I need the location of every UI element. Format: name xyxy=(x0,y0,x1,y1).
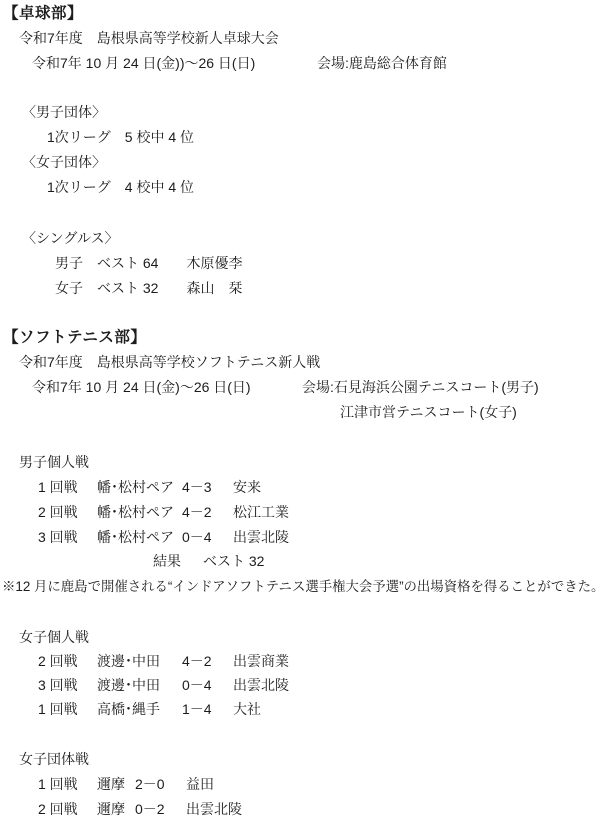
match-score: 0－4 xyxy=(182,678,212,693)
tt-womens-team-label: 〈女子団体〉 xyxy=(22,155,106,170)
st-date: 令和7年 10 月 24 日(金)～26 日(日) xyxy=(32,380,251,395)
st-womens-individual-title-line: 女子個人戦 xyxy=(0,630,611,650)
tt-mens-team-label-line: 〈男子団体〉 xyxy=(0,105,611,125)
match-row: 1 回戦 高橋･縄手 1－4 大社 xyxy=(0,702,611,722)
match-player: 幡･松村ペア xyxy=(97,530,174,545)
match-opponent: 安来 xyxy=(233,480,261,495)
match-player: 幡･松村ペア xyxy=(97,480,174,495)
st-womens-individual-title: 女子個人戦 xyxy=(19,630,89,645)
section-title-soft-tennis: 【ソフトテニス部】 xyxy=(3,330,146,345)
tt-singles-women-result: 女子 ベスト 32 森山 栞 xyxy=(55,281,242,296)
match-row: 3 回戦 幡･松村ペア 0－4 出雲北陵 xyxy=(0,530,611,550)
match-row: 1 回戦 邇摩 2－0 益田 xyxy=(0,777,611,797)
tt-singles-women-line: 女子 ベスト 32 森山 栞 xyxy=(0,281,611,301)
tt-mens-team-label: 〈男子団体〉 xyxy=(22,105,106,120)
table-tennis-section: 【卓球部】 xyxy=(0,6,611,26)
match-player: 渡邊･中田 xyxy=(97,654,160,669)
tt-womens-team-result-line: 1次リーグ 4 校中 4 位 xyxy=(0,180,611,200)
tt-mens-team-result-line: 1次リーグ 5 校中 4 位 xyxy=(0,130,611,150)
match-round: 1 回戦 xyxy=(38,777,78,792)
match-opponent: 出雲北陵 xyxy=(186,802,242,817)
match-opponent: 出雲北陵 xyxy=(233,530,289,545)
tt-venue: 会場:鹿島総合体育館 xyxy=(317,56,447,71)
match-player: 邇摩 xyxy=(97,777,125,792)
match-score: 0－2 xyxy=(135,802,165,817)
document-page: 【卓球部】 令和7年度 島根県高等学校新人卓球大会 令和7年 10 月 24 日… xyxy=(0,0,611,822)
st-venue-womens: 江津市営テニスコート(女子) xyxy=(340,405,517,420)
match-row: 3 回戦 渡邊･中田 0－4 出雲北陵 xyxy=(0,678,611,698)
match-round: 2 回戦 xyxy=(38,802,78,817)
tt-tournament-name: 令和7年度 島根県高等学校新人卓球大会 xyxy=(19,31,279,46)
match-round: 2 回戦 xyxy=(38,654,78,669)
st-mens-individual-title-line: 男子個人戦 xyxy=(0,455,611,475)
match-score: 0－4 xyxy=(182,530,212,545)
tt-singles-men-line: 男子 ベスト 64 木原優李 xyxy=(0,256,611,276)
match-round: 3 回戦 xyxy=(38,678,78,693)
st-mens-result-line: 結果 ベスト 32 xyxy=(0,554,611,574)
st-mens-result-value: ベスト 32 xyxy=(203,554,264,569)
st-venue-womens-line: 江津市営テニスコート(女子) xyxy=(0,405,611,425)
st-date-venue-line: 令和7年 10 月 24 日(金)～26 日(日) 会場:石見海浜公園テニスコー… xyxy=(0,380,611,400)
tt-womens-team-label-line: 〈女子団体〉 xyxy=(0,155,611,175)
section-title-table-tennis: 【卓球部】 xyxy=(3,6,83,21)
tt-singles-label: 〈シングルス〉 xyxy=(22,231,119,246)
match-score: 4－3 xyxy=(182,480,212,495)
match-score: 1－4 xyxy=(182,702,212,717)
match-player: 高橋･縄手 xyxy=(97,702,160,717)
match-row: 2 回戦 邇摩 0－2 出雲北陵 xyxy=(0,802,611,822)
soft-tennis-section: 【ソフトテニス部】 xyxy=(0,330,611,350)
tt-date-venue-line: 令和7年 10 月 24 日(金))～26 日(日) 会場:鹿島総合体育館 xyxy=(0,56,611,76)
match-row: 1 回戦 幡･松村ペア 4－3 安来 xyxy=(0,480,611,500)
st-womens-team-title: 女子団体戦 xyxy=(19,752,89,767)
match-row: 2 回戦 幡･松村ペア 4－2 松江工業 xyxy=(0,505,611,525)
match-player: 渡邊･中田 xyxy=(97,678,160,693)
match-opponent: 松江工業 xyxy=(233,505,289,520)
match-score: 4－2 xyxy=(182,654,212,669)
match-round: 3 回戦 xyxy=(38,530,78,545)
match-player: 幡･松村ペア xyxy=(97,505,174,520)
st-tournament-name: 令和7年度 島根県高等学校ソフトテニス新人戦 xyxy=(19,355,320,370)
match-opponent: 大社 xyxy=(233,702,261,717)
match-round: 2 回戦 xyxy=(38,505,78,520)
st-mens-result-label: 結果 xyxy=(153,554,181,569)
match-opponent: 益田 xyxy=(186,777,214,792)
match-round: 1 回戦 xyxy=(38,702,78,717)
st-womens-team-title-line: 女子団体戦 xyxy=(0,752,611,772)
tt-tournament-line: 令和7年度 島根県高等学校新人卓球大会 xyxy=(0,31,611,51)
match-opponent: 出雲北陵 xyxy=(233,678,289,693)
tt-date: 令和7年 10 月 24 日(金))～26 日(日) xyxy=(32,56,255,71)
match-round: 1 回戦 xyxy=(38,480,78,495)
match-row: 2 回戦 渡邊･中田 4－2 出雲商業 xyxy=(0,654,611,674)
st-note-line: ※12 月に鹿島で開催される“インドアソフトテニス選手権大会予選”の出場資格を得… xyxy=(0,579,611,599)
match-score: 2－0 xyxy=(135,777,165,792)
tt-mens-team-result: 1次リーグ 5 校中 4 位 xyxy=(47,130,194,145)
match-score: 4－2 xyxy=(182,505,212,520)
tt-singles-men-result: 男子 ベスト 64 木原優李 xyxy=(55,256,242,271)
tt-womens-team-result: 1次リーグ 4 校中 4 位 xyxy=(47,180,194,195)
st-venue-mens: 会場:石見海浜公園テニスコート(男子) xyxy=(302,380,539,395)
st-tournament-line: 令和7年度 島根県高等学校ソフトテニス新人戦 xyxy=(0,355,611,375)
tt-singles-label-line: 〈シングルス〉 xyxy=(0,231,611,251)
st-mens-individual-title: 男子個人戦 xyxy=(19,455,89,470)
match-opponent: 出雲商業 xyxy=(233,654,289,669)
match-player: 邇摩 xyxy=(97,802,125,817)
st-qualification-note: ※12 月に鹿島で開催される“インドアソフトテニス選手権大会予選”の出場資格を得… xyxy=(2,579,604,594)
